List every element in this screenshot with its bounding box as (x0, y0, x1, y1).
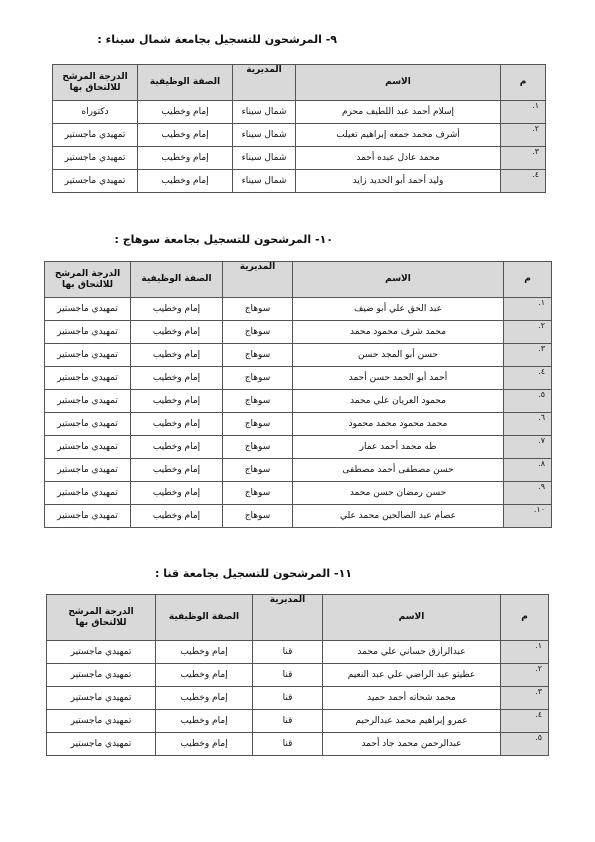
table-sohag: م الاسم المديرية الصفة الوظيفية الدرجة ا… (44, 261, 552, 528)
row-num: ٨. (504, 459, 552, 482)
row-num: ١٠. (504, 505, 552, 528)
row-name: محمد عادل عبده أحمد (296, 147, 501, 170)
row-degree: تمهيدي ماجستير (53, 147, 138, 170)
table-qena: م الاسم المديرية الصفة الوظيفية الدرجة ا… (46, 594, 549, 756)
header-directorate: المديرية (253, 595, 323, 641)
row-name: حسن مصطفى أحمد مصطفى (293, 459, 504, 482)
row-degree: تمهيدي ماجستير (45, 298, 131, 321)
row-degree: تمهيدي ماجستير (45, 482, 131, 505)
row-directorate: سوهاج (223, 298, 293, 321)
row-job: إمام وخطيب (131, 321, 223, 344)
header-degree-line2: للالتحاق بها (75, 618, 126, 628)
row-num: ٢. (501, 664, 549, 687)
table-row: ٣. محمد شحاته أحمد حميد قنا إمام وخطيب ت… (47, 687, 549, 710)
row-degree: دكتوراه (53, 101, 138, 124)
header-degree: الدرجة المرشحللالتحاق بها (45, 262, 131, 298)
table-row: ٥. محمود العريان علي محمد سوهاج إمام وخط… (45, 390, 552, 413)
row-num: ٥. (501, 733, 549, 756)
row-name: حسن رمضان حسن محمد (293, 482, 504, 505)
row-degree: تمهيدي ماجستير (45, 344, 131, 367)
row-job: إمام وخطيب (156, 687, 253, 710)
row-name: محمد شحاته أحمد حميد (323, 687, 501, 710)
row-degree: تمهيدي ماجستير (47, 687, 156, 710)
header-degree-line2: للالتحاق بها (62, 280, 113, 290)
row-degree: تمهيدي ماجستير (45, 505, 131, 528)
header-job: الصفة الوظيفية (131, 262, 223, 298)
row-degree: تمهيدي ماجستير (47, 733, 156, 756)
row-num: ٤. (504, 367, 552, 390)
row-num: ١. (501, 101, 546, 124)
row-degree: تمهيدي ماجستير (53, 124, 138, 147)
header-num: م (504, 262, 552, 298)
table-row: ١٠. عصام عبد الصالحين محمد علي سوهاج إما… (45, 505, 552, 528)
row-name: عمرو إبراهيم محمد عبدالرحيم (323, 710, 501, 733)
row-num: ١. (501, 641, 549, 664)
row-degree: تمهيدي ماجستير (45, 459, 131, 482)
row-job: إمام وخطيب (131, 344, 223, 367)
row-directorate: سوهاج (223, 321, 293, 344)
row-directorate: سوهاج (223, 390, 293, 413)
row-job: إمام وخطيب (131, 298, 223, 321)
table-row: ١. عبدالرازق حساني علي محمد قنا إمام وخط… (47, 641, 549, 664)
row-directorate: سوهاج (223, 436, 293, 459)
row-directorate: شمال سيناء (233, 147, 296, 170)
header-num: م (501, 65, 546, 101)
row-num: ٦. (504, 413, 552, 436)
table-row: ٥. عبدالرحمن محمد جاد أحمد قنا إمام وخطي… (47, 733, 549, 756)
table-row: ٢. محمد شرف محمود محمد سوهاج إمام وخطيب … (45, 321, 552, 344)
table-row: ٦. محمد محمود محمد محمود سوهاج إمام وخطي… (45, 413, 552, 436)
header-degree: الدرجة المرشحللالتحاق بها (53, 65, 138, 101)
row-directorate: شمال سيناء (233, 124, 296, 147)
table-north-sinai: م الاسم المديرية الصفة الوظيفية الدرجة ا… (52, 64, 546, 193)
header-directorate: المديرية (233, 65, 296, 101)
row-name: أحمد أبو الحمد حسن أحمد (293, 367, 504, 390)
row-job: إمام وخطيب (156, 733, 253, 756)
table-row: ٢. أشرف محمد جمعه إبراهيم تعيلب شمال سين… (53, 124, 546, 147)
row-degree: تمهيدي ماجستير (47, 641, 156, 664)
row-directorate: سوهاج (223, 459, 293, 482)
row-num: ٣. (504, 344, 552, 367)
row-name: محمد محمود محمد محمود (293, 413, 504, 436)
row-num: ١. (504, 298, 552, 321)
row-directorate: شمال سيناء (233, 170, 296, 193)
row-directorate: سوهاج (223, 367, 293, 390)
row-num: ٥. (504, 390, 552, 413)
row-degree: تمهيدي ماجستير (45, 436, 131, 459)
table-row: ٤. أحمد أبو الحمد حسن أحمد سوهاج إمام وخ… (45, 367, 552, 390)
row-name: عصام عبد الصالحين محمد علي (293, 505, 504, 528)
row-name: طه محمد أحمد عمار (293, 436, 504, 459)
row-job: إمام وخطيب (138, 147, 233, 170)
row-directorate: سوهاج (223, 344, 293, 367)
row-directorate: قنا (253, 641, 323, 664)
row-name: أشرف محمد جمعه إبراهيم تعيلب (296, 124, 501, 147)
row-directorate: قنا (253, 733, 323, 756)
section-title-sohag: ١٠- المرشحون للتسجيل بجامعة سوهاج : (114, 233, 333, 246)
row-degree: تمهيدي ماجستير (45, 367, 131, 390)
row-degree: تمهيدي ماجستير (45, 413, 131, 436)
row-directorate: سوهاج (223, 413, 293, 436)
row-degree: تمهيدي ماجستير (47, 664, 156, 687)
row-job: إمام وخطيب (138, 170, 233, 193)
row-degree: تمهيدي ماجستير (47, 710, 156, 733)
row-job: إمام وخطيب (131, 390, 223, 413)
row-directorate: سوهاج (223, 505, 293, 528)
table-row: ٨. حسن مصطفى أحمد مصطفى سوهاج إمام وخطيب… (45, 459, 552, 482)
row-name: وليد أحمد أبو الحديد زايد (296, 170, 501, 193)
row-degree: تمهيدي ماجستير (45, 321, 131, 344)
section-title-qena: ١١- المرشحون للتسجيل بجامعة قنا : (155, 567, 352, 580)
table-row: ٣. محمد عادل عبده أحمد شمال سيناء إمام و… (53, 147, 546, 170)
row-name: حسن أبو المجد حسن (293, 344, 504, 367)
table-row: ٩. حسن رمضان حسن محمد سوهاج إمام وخطيب ت… (45, 482, 552, 505)
row-job: إمام وخطيب (138, 124, 233, 147)
row-job: إمام وخطيب (156, 664, 253, 687)
row-name: محمد شرف محمود محمد (293, 321, 504, 344)
row-num: ٩. (504, 482, 552, 505)
row-job: إمام وخطيب (131, 459, 223, 482)
row-job: إمام وخطيب (131, 482, 223, 505)
header-num: م (501, 595, 549, 641)
row-num: ٣. (501, 147, 546, 170)
header-name: الاسم (296, 65, 501, 101)
header-degree-line1: الدرجة المرشح (62, 72, 127, 82)
table-row: ٤. عمرو إبراهيم محمد عبدالرحيم قنا إمام … (47, 710, 549, 733)
section-title-north-sinai: ٩- المرشحون للتسجيل بجامعة شمال سيناء : (97, 33, 337, 46)
row-job: إمام وخطيب (156, 641, 253, 664)
row-job: إمام وخطيب (156, 710, 253, 733)
row-name: عبد الحق علي أبو ضيف (293, 298, 504, 321)
row-name: عبدالرازق حساني علي محمد (323, 641, 501, 664)
row-directorate: قنا (253, 710, 323, 733)
row-name: محمود العريان علي محمد (293, 390, 504, 413)
header-degree: الدرجة المرشحللالتحاق بها (47, 595, 156, 641)
table-row: ١. إسلام أحمد عبد اللطيف محرم شمال سيناء… (53, 101, 546, 124)
row-num: ٤. (501, 170, 546, 193)
row-job: إمام وخطيب (138, 101, 233, 124)
table-row: ١. عبد الحق علي أبو ضيف سوهاج إمام وخطيب… (45, 298, 552, 321)
row-name: إسلام أحمد عبد اللطيف محرم (296, 101, 501, 124)
table-row: ٢. عطيتو عبد الراضي علي عبد النعيم قنا إ… (47, 664, 549, 687)
row-name: عبدالرحمن محمد جاد أحمد (323, 733, 501, 756)
row-num: ٢. (501, 124, 546, 147)
header-degree-line1: الدرجة المرشح (55, 269, 120, 279)
row-job: إمام وخطيب (131, 436, 223, 459)
row-name: عطيتو عبد الراضي علي عبد النعيم (323, 664, 501, 687)
header-directorate: المديرية (223, 262, 293, 298)
row-num: ٢. (504, 321, 552, 344)
row-directorate: شمال سيناء (233, 101, 296, 124)
table-row: ٤. وليد أحمد أبو الحديد زايد شمال سيناء … (53, 170, 546, 193)
header-name: الاسم (293, 262, 504, 298)
header-name: الاسم (323, 595, 501, 641)
row-job: إمام وخطيب (131, 413, 223, 436)
header-job: الصفة الوظيفية (156, 595, 253, 641)
header-degree-line1: الدرجة المرشح (68, 607, 133, 617)
row-job: إمام وخطيب (131, 505, 223, 528)
header-job: الصفة الوظيفية (138, 65, 233, 101)
row-num: ٧. (504, 436, 552, 459)
row-directorate: سوهاج (223, 482, 293, 505)
row-degree: تمهيدي ماجستير (53, 170, 138, 193)
header-degree-line2: للالتحاق بها (69, 83, 120, 93)
row-num: ٣. (501, 687, 549, 710)
row-num: ٤. (501, 710, 549, 733)
row-directorate: قنا (253, 664, 323, 687)
row-directorate: قنا (253, 687, 323, 710)
row-degree: تمهيدي ماجستير (45, 390, 131, 413)
table-row: ٣. حسن أبو المجد حسن سوهاج إمام وخطيب تم… (45, 344, 552, 367)
row-job: إمام وخطيب (131, 367, 223, 390)
table-row: ٧. طه محمد أحمد عمار سوهاج إمام وخطيب تم… (45, 436, 552, 459)
